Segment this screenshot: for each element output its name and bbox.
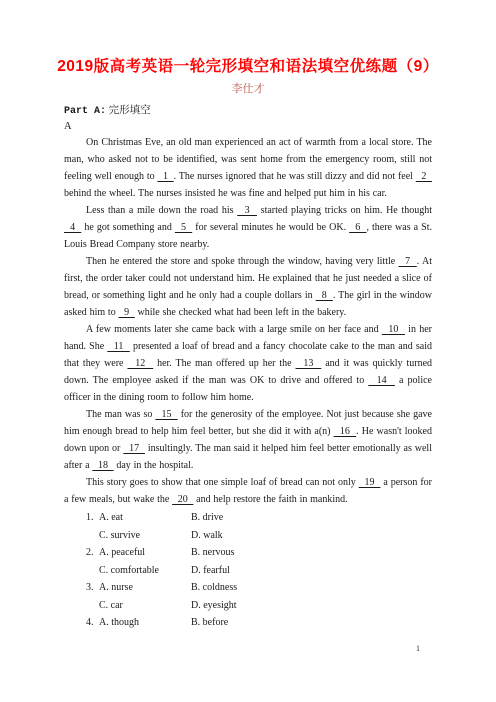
passage-paragraph-4: A few moments later she came back with a… (64, 321, 432, 406)
question-3-row-ab: 3. A. nurse B. coldness (86, 579, 432, 597)
cloze-blank-15: 15 (155, 409, 177, 420)
option-c: C. survive (99, 527, 191, 545)
option-a: A. nurse (99, 579, 191, 597)
passage-paragraph-1: On Christmas Eve, an old man experienced… (64, 134, 432, 202)
cloze-blank-6: 6 (349, 222, 366, 233)
section-label-zh: 完形填空 (109, 105, 151, 116)
answer-options: 1. A. eat B. drive C. survive D. walk 2.… (64, 509, 432, 632)
option-a: A. eat (99, 509, 191, 527)
section-label-en: Part A: (64, 106, 106, 117)
author-byline: 李仕才 (0, 83, 496, 96)
page-number: 1 (416, 644, 420, 653)
question-number: 3. (86, 579, 99, 597)
option-b: B. coldness (191, 579, 237, 597)
document-page: 2019版高考英语一轮完形填空和语法填空优练题（9） 李仕才 Part A: 完… (0, 0, 496, 702)
question-number: 1. (86, 509, 99, 527)
cloze-blank-3: 3 (237, 205, 257, 216)
cloze-blank-9: 9 (119, 307, 135, 318)
question-number: 2. (86, 544, 99, 562)
question-1-row-ab: 1. A. eat B. drive (86, 509, 432, 527)
question-2-row-cd: C. comfortable D. fearful (99, 562, 432, 580)
passage-paragraph-3: Then he entered the store and spoke thro… (64, 253, 432, 321)
question-number: 4. (86, 614, 99, 632)
cloze-blank-13: 13 (296, 358, 322, 369)
cloze-blank-12: 12 (127, 358, 153, 369)
cloze-blank-20: 20 (172, 494, 193, 505)
cloze-blank-8: 8 (316, 290, 333, 301)
cloze-blank-2: 2 (416, 171, 432, 182)
cloze-blank-16: 16 (334, 426, 357, 437)
cloze-blank-19: 19 (359, 477, 381, 488)
option-b: B. nervous (191, 544, 234, 562)
option-d: D. walk (191, 527, 223, 545)
option-d: D. fearful (191, 562, 230, 580)
cloze-blank-4: 4 (64, 222, 81, 233)
passage-paragraph-6: This story goes to show that one simple … (64, 474, 432, 508)
cloze-blank-11: 11 (107, 341, 129, 352)
cloze-blank-1: 1 (157, 171, 173, 182)
document-content: Part A: 完形填空 A On Christmas Eve, an old … (64, 103, 432, 632)
cloze-blank-5: 5 (175, 222, 192, 233)
question-1-row-cd: C. survive D. walk (99, 527, 432, 545)
option-d: D. eyesight (191, 597, 237, 615)
question-3-row-cd: C. car D. eyesight (99, 597, 432, 615)
option-a: A. peaceful (99, 544, 191, 562)
cloze-blank-18: 18 (92, 460, 113, 471)
option-c: C. comfortable (99, 562, 191, 580)
passage-paragraph-2: Less than a mile down the road his 3 sta… (64, 202, 432, 253)
passage-label: A (64, 119, 432, 134)
section-heading: Part A: 完形填空 (64, 103, 432, 119)
option-c: C. car (99, 597, 191, 615)
option-b: B. drive (191, 509, 223, 527)
cloze-blank-7: 7 (399, 256, 417, 267)
cloze-blank-17: 17 (123, 443, 145, 454)
option-a: A. though (99, 614, 191, 632)
question-4-row-ab: 4. A. though B. before (86, 614, 432, 632)
page-title: 2019版高考英语一轮完形填空和语法填空优练题（9） (36, 57, 460, 76)
question-2-row-ab: 2. A. peaceful B. nervous (86, 544, 432, 562)
option-b: B. before (191, 614, 228, 632)
cloze-passage: On Christmas Eve, an old man experienced… (64, 134, 432, 508)
passage-paragraph-5: The man was so 15 for the generosity of … (64, 406, 432, 474)
cloze-blank-14: 14 (368, 375, 395, 386)
cloze-blank-10: 10 (382, 324, 405, 335)
